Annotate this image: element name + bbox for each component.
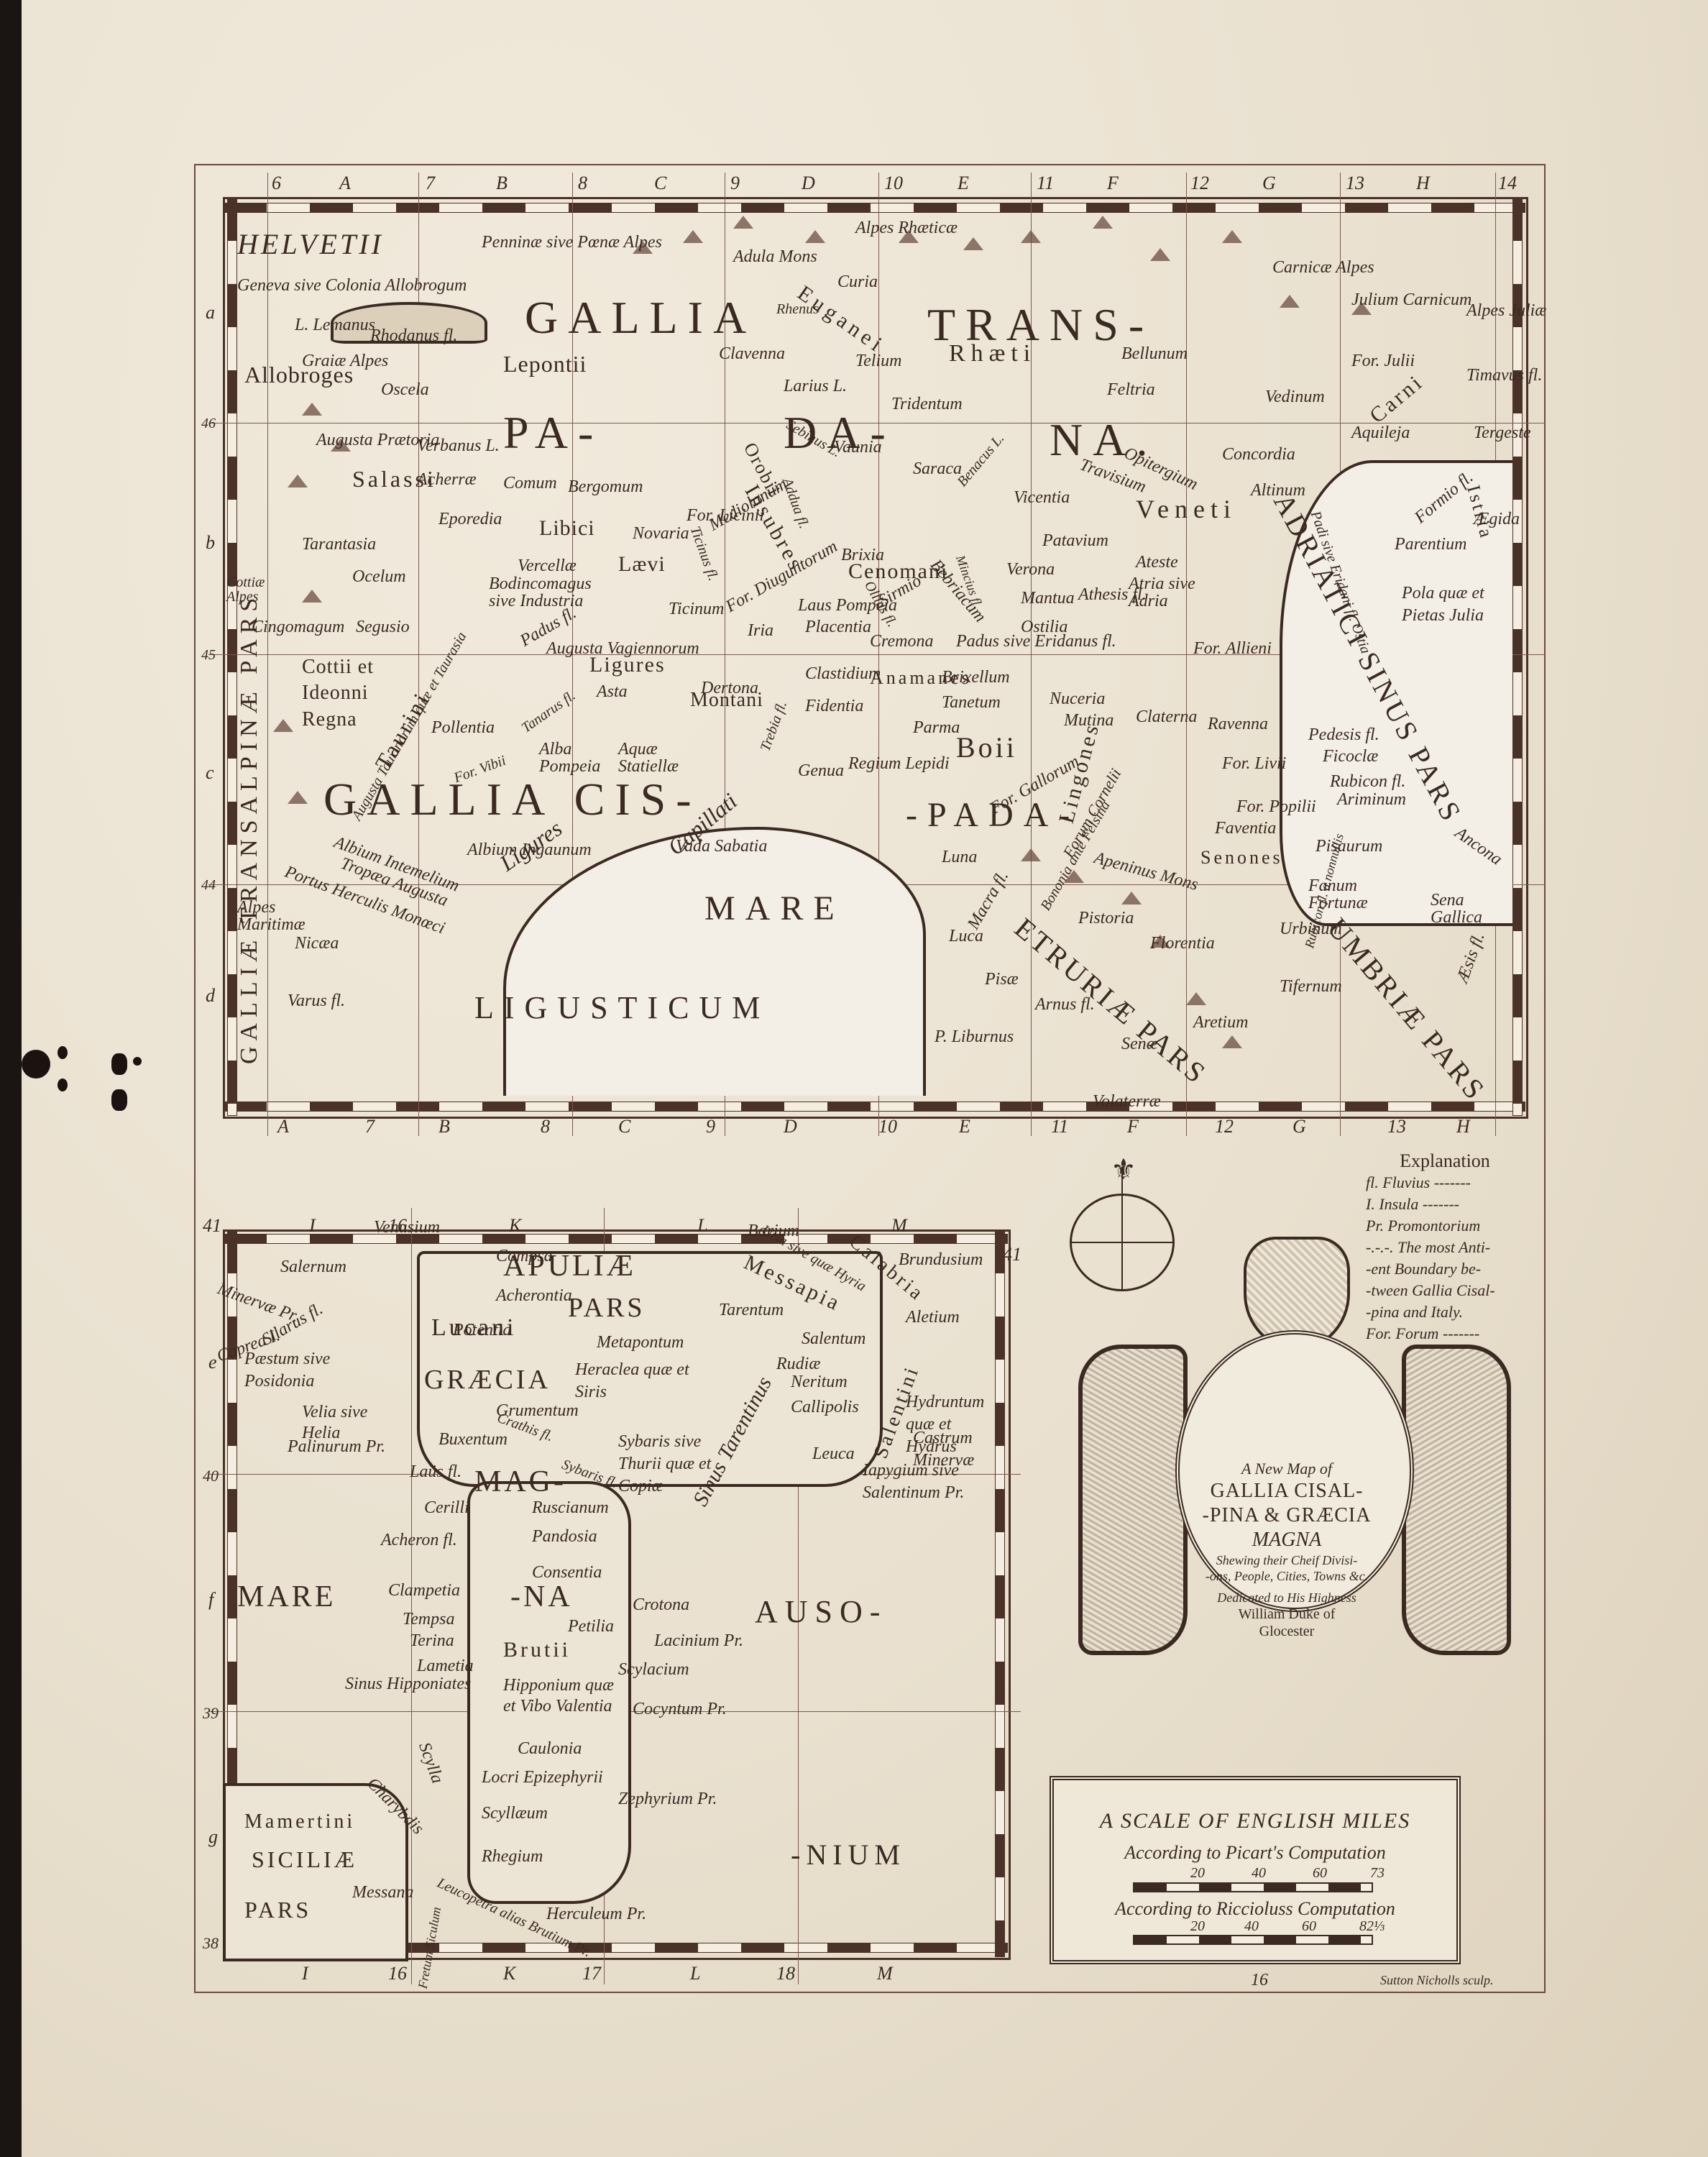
- title-cartouche: A New Map of GALLIA CISAL- -PINA & GRÆCI…: [1064, 1237, 1510, 1711]
- legend-item: I. Insula -------: [1366, 1194, 1524, 1215]
- people-boii: Boii: [956, 733, 1017, 762]
- region-pa: PA-: [503, 410, 603, 456]
- plate-number: 16: [1251, 1971, 1268, 1989]
- scale-riccioli-label: According to Riccioluss Computation: [1054, 1898, 1456, 1920]
- people-veneti: Veneti: [1136, 496, 1236, 522]
- region-na: -NA: [510, 1582, 573, 1612]
- people-libici: Libici: [539, 518, 595, 539]
- people-brutii: Brutii: [503, 1639, 571, 1661]
- sea-ligusticum: LIGUSTICUM: [474, 992, 770, 1024]
- legend-item: Pr. Promontorium: [1366, 1215, 1524, 1237]
- legend-title: Explanation: [1366, 1150, 1524, 1172]
- scale-bar-picart: [1133, 1882, 1373, 1892]
- title-line-3: -PINA & GRÆCIA: [1064, 1504, 1510, 1527]
- region-apuliae-pars: PARS: [568, 1294, 646, 1322]
- scale-picart-label: According to Picart's Computation: [1054, 1842, 1456, 1864]
- dark-edge: [0, 0, 22, 2157]
- title-line-7: Dedicated to His Highness: [1064, 1590, 1510, 1606]
- sea-nium: -NIUM: [791, 1841, 906, 1869]
- sea-auso: AUSO-: [755, 1596, 887, 1628]
- scale-heading: A SCALE OF ENGLISH MILES: [1054, 1809, 1456, 1833]
- title-line-2: GALLIA CISAL-: [1064, 1480, 1510, 1503]
- title-line-8: William Duke of: [1064, 1606, 1510, 1623]
- people-helvetii: HELVETII: [237, 230, 384, 259]
- title-line-4: MAGNA: [1064, 1529, 1510, 1552]
- region-siciliae-pars: PARS: [244, 1898, 311, 1921]
- upper-long-scale-right: [1512, 197, 1523, 1116]
- title-line-6: -ons, People, Cities, Towns &c.: [1064, 1569, 1510, 1584]
- scale-pedestal: A SCALE OF ENGLISH MILES According to Pi…: [1050, 1776, 1461, 1964]
- region-mag: MAG-: [474, 1467, 566, 1497]
- fleur-de-lis-icon: ⚜: [1111, 1153, 1137, 1186]
- people-senones: Senones: [1200, 848, 1283, 867]
- region-gallia: GALLIA: [525, 295, 756, 341]
- people-rhaeti: Rhæti: [949, 342, 1036, 366]
- title-line-9: Glocester: [1064, 1624, 1510, 1640]
- sea-mare-lower: MARE: [237, 1582, 336, 1612]
- title-line-1: A New Map of: [1064, 1460, 1510, 1478]
- sea-mare: MARE: [704, 892, 845, 926]
- title-line-5: Shewing their Cheif Divisi-: [1064, 1553, 1510, 1568]
- engraver-credit: Sutton Nicholls sculp.: [1380, 1974, 1494, 1987]
- people-mamertini: Mamertini: [244, 1812, 355, 1832]
- region-siciliae: SICILIÆ: [252, 1848, 357, 1871]
- scale-bar-riccioli: [1133, 1935, 1373, 1945]
- region-gallia-transalpinae: GALLIÆ TRANSALPINÆ PARS: [237, 592, 262, 1064]
- legend-item: fl. Fluvius -------: [1366, 1172, 1524, 1194]
- people-laevi: Lævi: [618, 554, 666, 575]
- people-lepontii: Lepontii: [503, 352, 587, 375]
- region-graecia: GRÆCIA: [424, 1366, 551, 1393]
